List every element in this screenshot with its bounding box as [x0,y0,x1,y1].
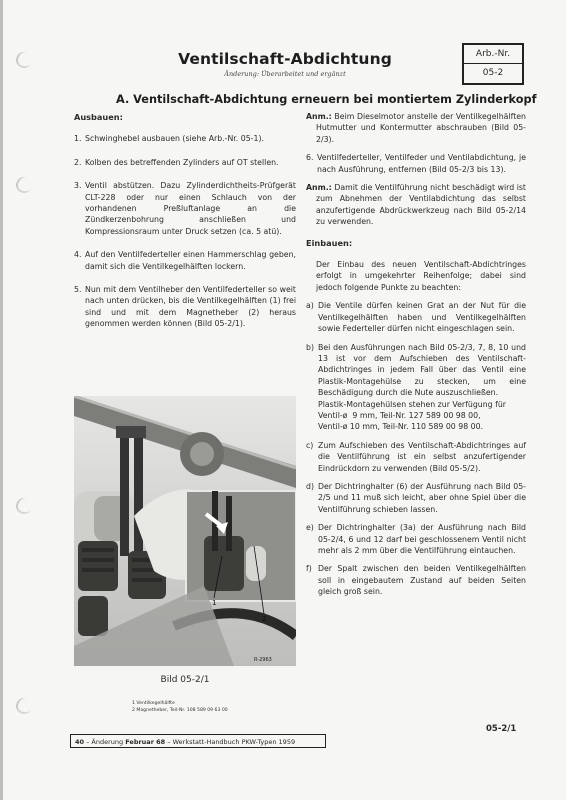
note-label: Anm.: [306,112,332,121]
step-text: Auf den Ventilfederteller einen Hammersc… [85,249,296,272]
note: Anm.: Beim Dieselmotor anstelle der Vent… [306,111,526,145]
point-text: Der Dichtringhalter (6) der Ausführung n… [318,481,526,515]
footer-page: 40 [75,738,84,746]
figure-legend: 1 Ventilkegelhälfte 2 Magnetheber, Teil-… [132,700,228,714]
step-number: 4. [74,249,85,272]
point-letter: e) [306,522,318,556]
footer-box: 40 – Änderung Februar 68 – Werkstatt-Han… [70,734,326,748]
step-text: Ventilfederteller, Ventilfeder und Venti… [317,152,526,175]
step-number: 1. [74,133,85,144]
point-text: Bei den Ausführungen nach Bild 05-2/3, 7… [318,342,526,399]
page-title: Ventilschaft-Abdichtung [150,50,420,68]
page-subtitle: Änderung: Überarbeitet und ergänzt [150,70,420,78]
part-number: Ventil-ø 10 mm, Teil-Nr. 110 589 00 98 0… [318,421,526,432]
step-text: Ventil abstützen. Dazu Zylinderdichtheit… [85,180,296,237]
installation-intro: Der Einbau des neuen Ventilschaft-Abdich… [306,259,526,293]
step-text: Schwinghebel ausbauen (siehe Arb.-Nr. 05… [85,133,296,144]
legend-item: 1 Ventilkegelhälfte [132,700,228,707]
legend-item: 2 Magnetheber, Teil-Nr. 108 589 09 63 00 [132,707,228,714]
document-page: Ventilschaft-Abdichtung Änderung: Überar… [0,0,566,800]
point-letter: d) [306,481,318,515]
work-number-label: Arb.-Nr. [464,45,522,64]
cylinder-head-illustration: 1 2 R-2963 [74,396,296,666]
point-item: d)Der Dichtringhalter (6) der Ausführung… [306,481,526,515]
note-text: Damit die Ventilführung nicht beschädigt… [316,183,526,226]
work-number-box: Arb.-Nr. 05-2 [462,43,524,85]
left-column: Ausbauen: 1.Schwinghebel ausbauen (siehe… [74,112,296,337]
callout-2: 2 [262,615,266,623]
point-text: Zum Aufschieben des Ventilschaft-Abdicht… [318,440,526,474]
step-item: 4.Auf den Ventilfederteller einen Hammer… [74,249,296,272]
footer-handbook: – Werkstatt-Handbuch PKW-Typen 1959 [165,738,295,746]
point-item: c)Zum Aufschieben des Ventilschaft-Abdic… [306,440,526,474]
point-letter: f) [306,563,318,597]
point-item: a)Die Ventile dürfen keinen Grat an der … [306,300,526,334]
step-item: 5.Nun mit dem Ventilheber den Ventilfede… [74,284,296,330]
point-letter: c) [306,440,318,474]
point-letter: a) [306,300,318,334]
punch-hole [14,496,35,517]
point-letter: b) [306,342,318,433]
engine-photo: 1 2 R-2963 [74,396,296,666]
figure-caption: Bild 05-2/1 [74,675,296,685]
removal-heading: Ausbauen: [74,112,296,123]
point-item: f)Der Spalt zwischen den beiden Ventilke… [306,563,526,597]
punch-hole [14,50,35,71]
step-number: 2. [74,157,85,168]
step-number: 5. [74,284,85,330]
footer-sep: – Änderung [84,738,125,746]
point-text: Der Dichtringhalter (3a) der Ausführung … [318,522,526,556]
note: Anm.: Damit die Ventilführung nicht besc… [306,182,526,228]
step-text: Kolben des betreffenden Zylinders auf OT… [85,157,296,168]
punch-hole [14,696,35,717]
step-item: 6.Ventilfederteller, Ventilfeder und Ven… [306,152,526,175]
note-label: Anm.: [306,183,332,192]
note-text: Beim Dieselmotor anstelle der Ventilkege… [316,112,526,144]
step-item: 2.Kolben des betreffenden Zylinders auf … [74,157,296,168]
part-number: Ventil-ø 9 mm, Teil-Nr. 127 589 00 98 00… [318,410,526,421]
installation-heading: Einbauen: [306,238,526,249]
point-text: Die Ventile dürfen keinen Grat an der Nu… [318,300,526,334]
footer-change-date: Februar 68 [125,738,165,746]
page-reference: 05-2/1 [486,724,516,734]
image-code: R-2963 [254,657,272,663]
step-item: 1.Schwinghebel ausbauen (siehe Arb.-Nr. … [74,133,296,144]
step-text: Nun mit dem Ventilheber den Ventilfedert… [85,284,296,330]
point-extra: Plastik-Montagehülsen stehen zur Verfügu… [318,399,526,410]
punch-hole [14,175,35,196]
section-title: A. Ventilschaft-Abdichtung erneuern bei … [116,93,537,106]
point-text: Der Spalt zwischen den beiden Ventilkege… [318,563,526,597]
step-item: 3.Ventil abstützen. Dazu Zylinderdichthe… [74,180,296,237]
callout-1: 1 [212,599,216,607]
right-column: Anm.: Beim Dieselmotor anstelle der Vent… [306,111,526,605]
point-item: b) Bei den Ausführungen nach Bild 05-2/3… [306,342,526,433]
step-number: 3. [74,180,85,237]
point-item: e)Der Dichtringhalter (3a) der Ausführun… [306,522,526,556]
step-number: 6. [306,152,317,175]
work-number-value: 05-2 [464,64,522,82]
